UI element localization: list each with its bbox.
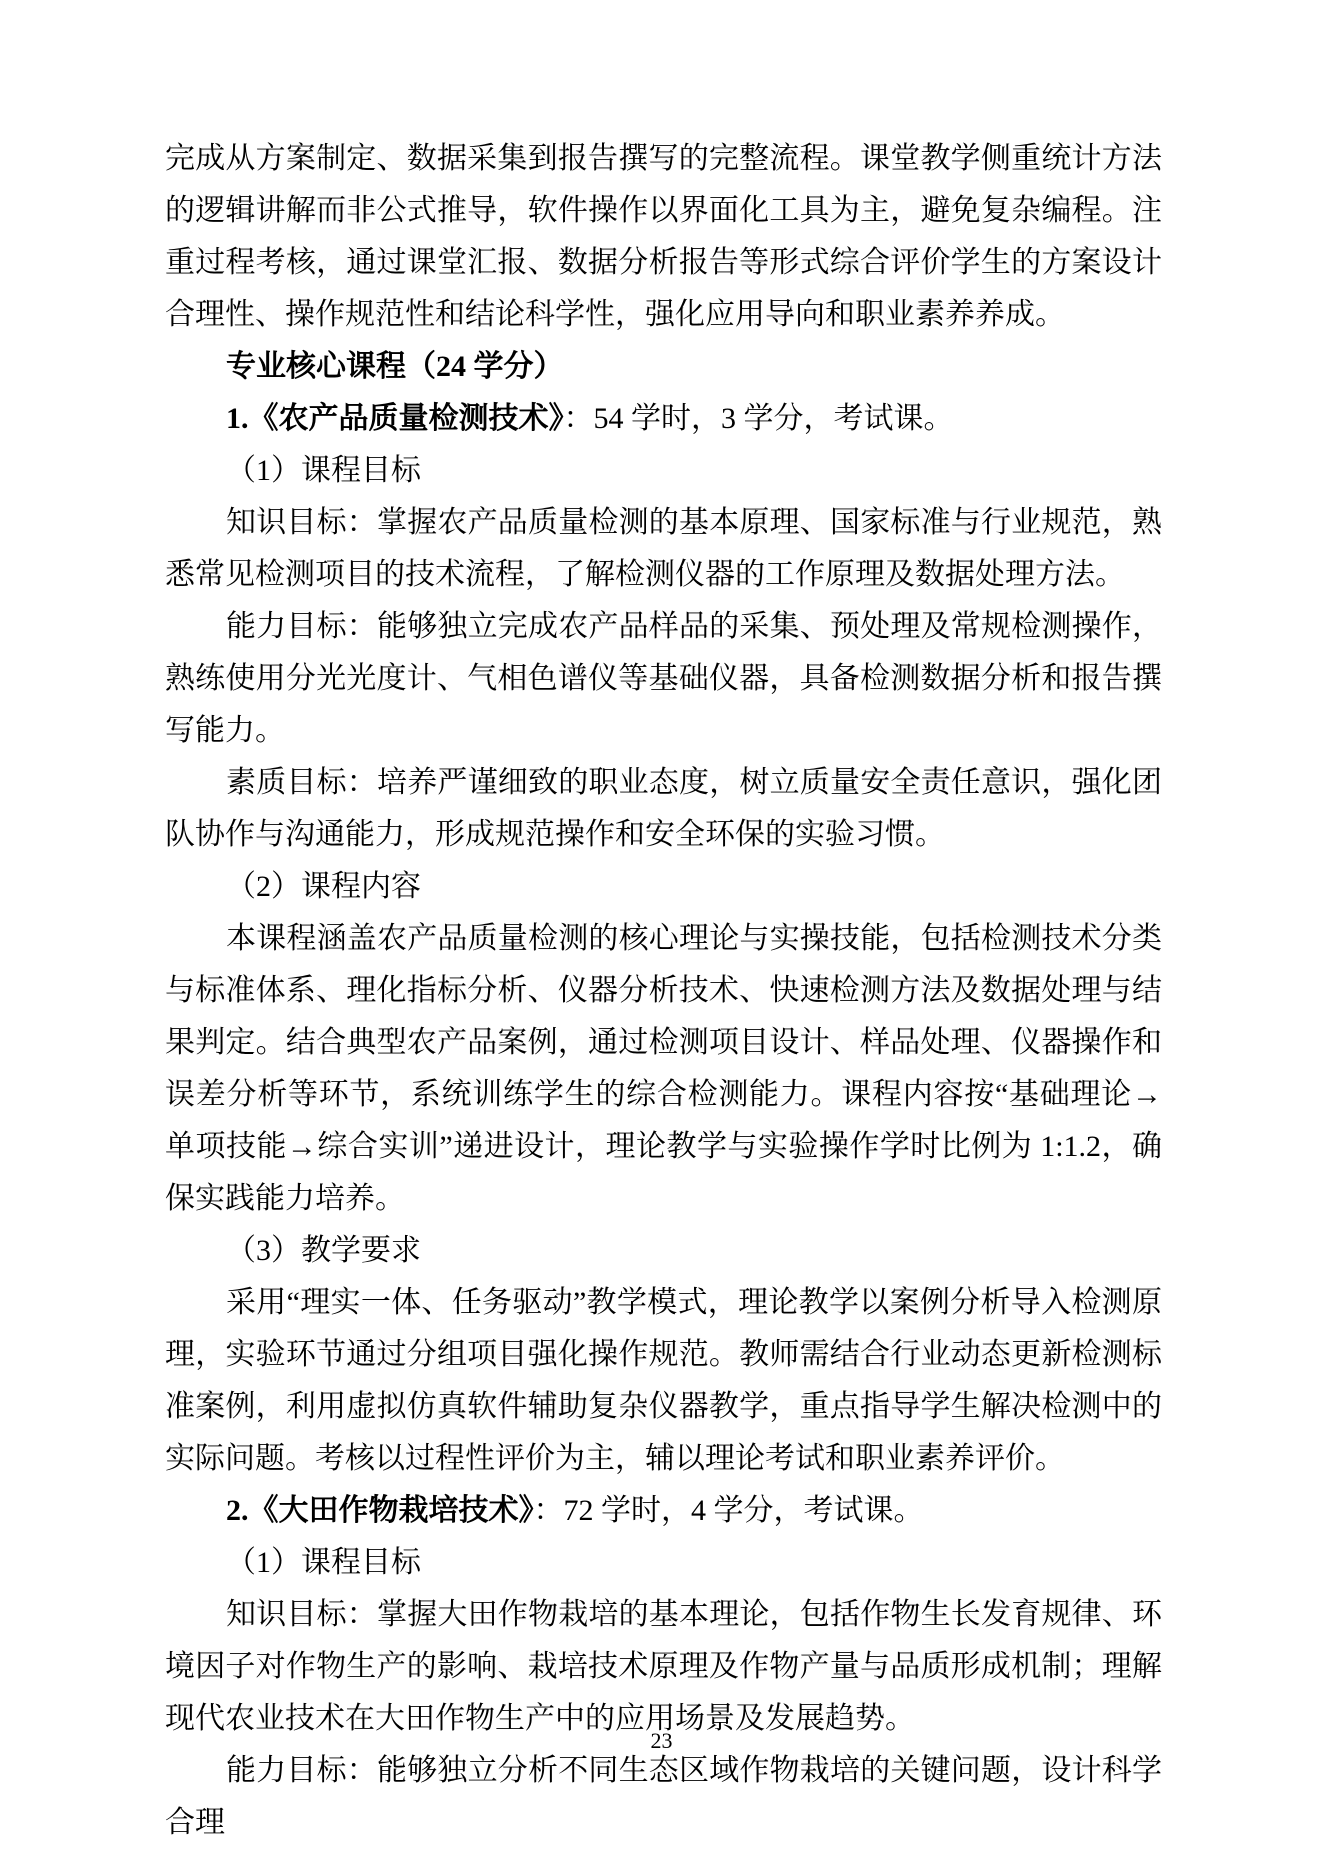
course-2-knowledge-objective: 知识目标：掌握大田作物栽培的基本理论，包括作物生长发育规律、环境因子对作物生产的… — [165, 1589, 1162, 1745]
para-continuation-assessment: 完成从方案制定、数据采集到报告撰写的完整流程。课堂教学侧重统计方法的逻辑讲解而非… — [165, 133, 1162, 341]
text-run: 素质目标：培养严谨细致的职业态度，树立质量安全责任意识，强化团队协作与沟通能力，… — [165, 766, 1162, 851]
text-run: （2）课程内容 — [226, 870, 421, 903]
text-run: 知识目标：掌握农产品质量检测的基本原理、国家标准与行业规范，熟悉常见检测项目的技… — [165, 506, 1162, 591]
text-run: 能力目标：能够独立完成农产品样品的采集、预处理及常规检测操作，熟练使用分光光度计… — [165, 610, 1162, 747]
text-run: 专业核心课程（24 学分） — [226, 350, 564, 383]
course-1-knowledge-objective: 知识目标：掌握农产品质量检测的基本原理、国家标准与行业规范，熟悉常见检测项目的技… — [165, 497, 1162, 601]
text-run: 完成从方案制定、数据采集到报告撰写的完整流程。课堂教学侧重统计方法的逻辑讲解而非… — [165, 142, 1162, 331]
document-page: 完成从方案制定、数据采集到报告撰写的完整流程。课堂教学侧重统计方法的逻辑讲解而非… — [0, 0, 1323, 1871]
text-run: 本课程涵盖农产品质量检测的核心理论与实操技能，包括检测技术分类与标准体系、理化指… — [165, 922, 1162, 1215]
course-1-objectives-heading: （1）课程目标 — [165, 445, 1162, 497]
course-2-meta: ：72 学时，4 学分，考试课。 — [534, 1494, 924, 1527]
course-1-quality-objective: 素质目标：培养严谨细致的职业态度，树立质量安全责任意识，强化团队协作与沟通能力，… — [165, 757, 1162, 861]
course-1-content-heading: （2）课程内容 — [165, 861, 1162, 913]
course-1-content-body: 本课程涵盖农产品质量检测的核心理论与实操技能，包括检测技术分类与标准体系、理化指… — [165, 913, 1162, 1225]
course-2-title-line: 2.《大田作物栽培技术》：72 学时，4 学分，考试课。 — [165, 1485, 1162, 1537]
text-run: （3）教学要求 — [226, 1234, 421, 1267]
course-2-ability-objective: 能力目标：能够独立分析不同生态区域作物栽培的关键问题，设计科学合理 — [165, 1745, 1162, 1849]
text-run: 采用“理实一体、任务驱动”教学模式，理论教学以案例分析导入检测原理，实验环节通过… — [165, 1286, 1162, 1475]
course-1-meta: ：54 学时，3 学分，考试课。 — [564, 402, 954, 435]
course-1-teaching-body: 采用“理实一体、任务驱动”教学模式，理论教学以案例分析导入检测原理，实验环节通过… — [165, 1277, 1162, 1485]
text-run: （1）课程目标 — [226, 1546, 421, 1579]
course-2-objectives-heading: （1）课程目标 — [165, 1537, 1162, 1589]
course-1-title: 1.《农产品质量检测技术》 — [226, 402, 564, 435]
text-run: 知识目标：掌握大田作物栽培的基本理论，包括作物生长发育规律、环境因子对作物生产的… — [165, 1598, 1162, 1735]
course-1-title-line: 1.《农产品质量检测技术》：54 学时，3 学分，考试课。 — [165, 393, 1162, 445]
course-1-ability-objective: 能力目标：能够独立完成农产品样品的采集、预处理及常规检测操作，熟练使用分光光度计… — [165, 601, 1162, 757]
text-run: （1）课程目标 — [226, 454, 421, 487]
heading-core-courses: 专业核心课程（24 学分） — [165, 341, 1162, 393]
text-run: 能力目标：能够独立分析不同生态区域作物栽培的关键问题，设计科学合理 — [165, 1754, 1162, 1839]
page-body: 完成从方案制定、数据采集到报告撰写的完整流程。课堂教学侧重统计方法的逻辑讲解而非… — [165, 133, 1162, 1849]
course-2-title: 2.《大田作物栽培技术》 — [226, 1494, 534, 1527]
course-1-teaching-heading: （3）教学要求 — [165, 1225, 1162, 1277]
page-number: 23 — [0, 1726, 1323, 1756]
